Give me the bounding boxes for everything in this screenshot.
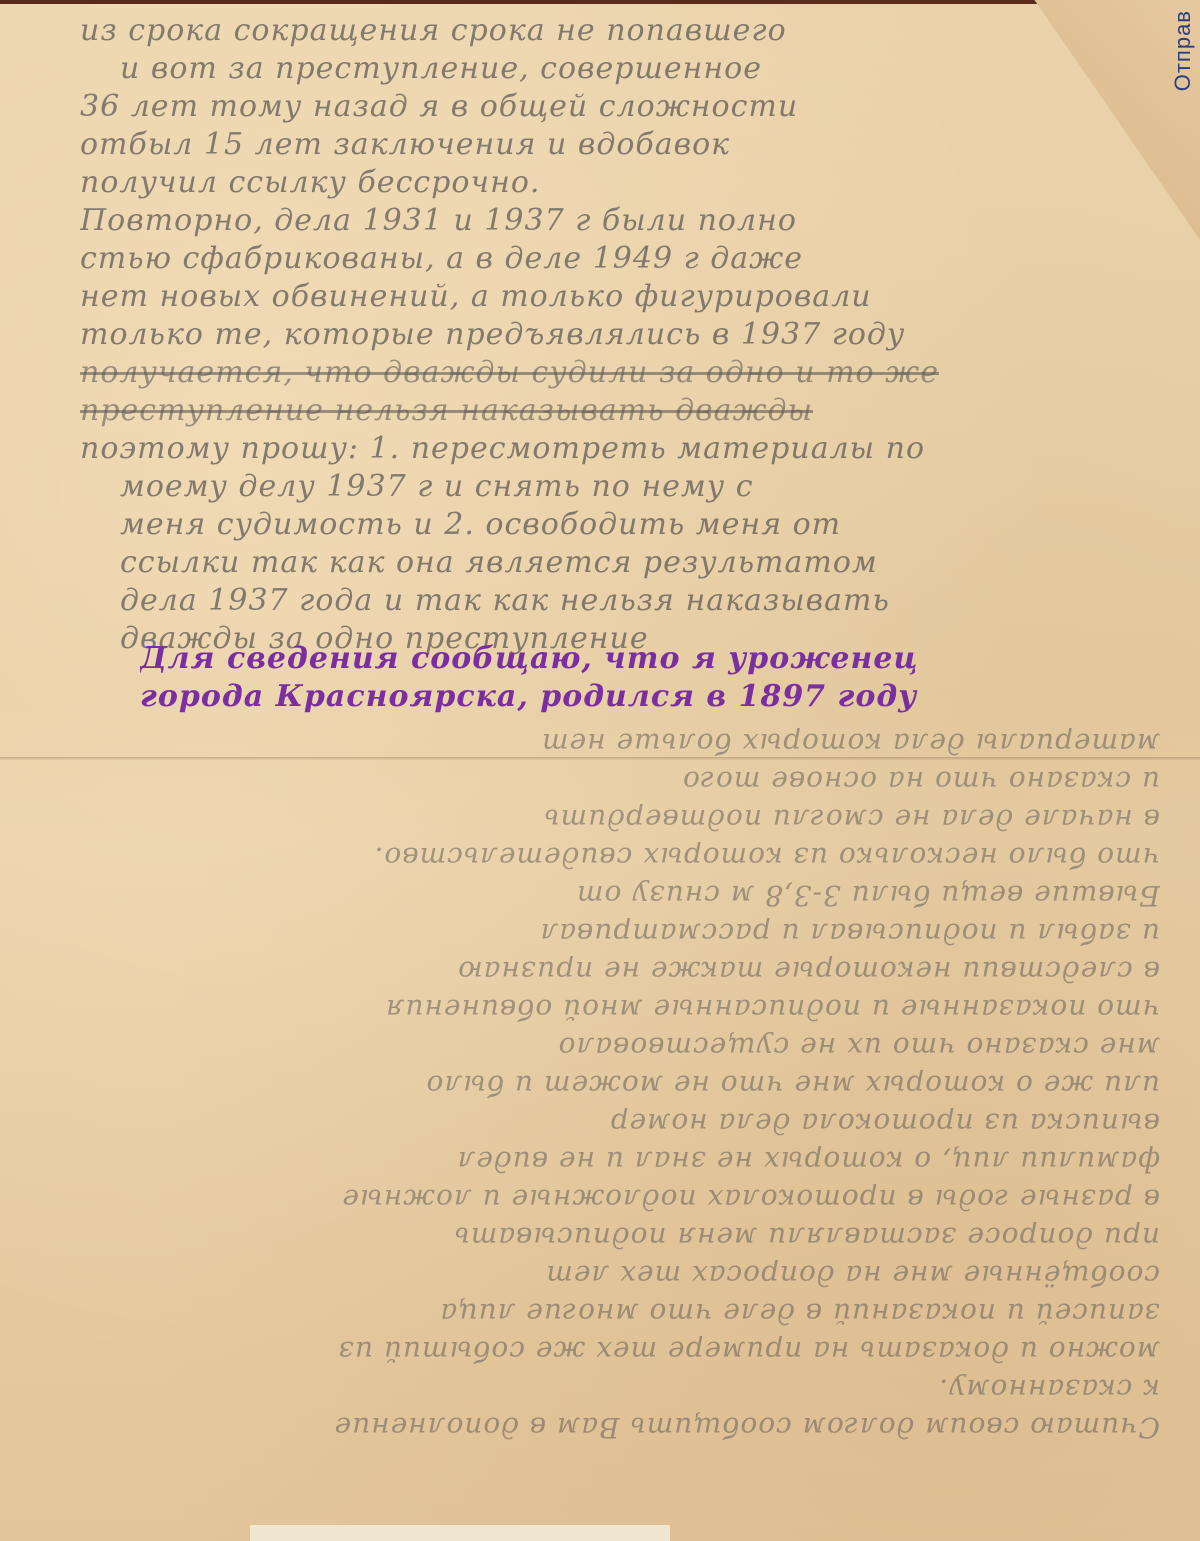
text-line: моему делу 1937 г и снять по нему с [80, 470, 1160, 508]
text-line: отбыл 15 лет заключения и вдобавок [80, 128, 1160, 166]
upside-text-line: что показанные и подписанные мной обвине… [40, 988, 1160, 1026]
upside-text-line: и забыл и подписывал и рассматривал [40, 912, 1160, 950]
ink-line: Для сведения сообщаю, что я уроженец [140, 642, 1200, 680]
text-line: нет новых обвинений, а только фигурирова… [80, 280, 1160, 318]
struck-text-line: преступление нельзя наказывать дважды [80, 394, 1160, 432]
upside-text-line: Считаю своим долгом сообщить Вам в допол… [40, 1406, 1160, 1444]
upside-text-line: в разные годы в протоколах подложные и л… [40, 1178, 1160, 1216]
handwritten-body: из срока сокращения срока не попавшего и… [80, 14, 1160, 660]
text-line: поэтому прошу: 1. пересмотреть материалы… [80, 432, 1160, 470]
upside-text-line: Бывшие вещи были 3-3,8 м снизу от [40, 874, 1160, 912]
printed-label: Отправ [1170, 10, 1196, 91]
page-top-edge [0, 0, 1200, 4]
struck-text-line: получается, что дважды судили за одно и … [80, 356, 1160, 394]
text-line: меня судимость и 2. освободить меня от [80, 508, 1160, 546]
upside-text-line: материалы дела которых больше нет [40, 722, 1160, 760]
upside-text-line: что было несколько из которых свидетельс… [40, 836, 1160, 874]
text-line: ссылки так как она является результатом [80, 546, 1160, 584]
upside-text-line: записей и показаний в деле что многие ли… [40, 1292, 1160, 1330]
upside-text-line: к сказанному. [40, 1368, 1160, 1406]
upside-text-line: фамилии лиц, о которых не знал и не виде… [40, 1140, 1160, 1178]
upside-text-line: можно и доказать на примере тех же событ… [40, 1330, 1160, 1368]
upside-down-text: Считаю своим долгом сообщить Вам в допол… [40, 722, 1160, 1444]
text-line: только те, которые предъявлялись в 1937 … [80, 318, 1160, 356]
text-line: и вот за преступление, совершенное [80, 52, 1160, 90]
document-page: Отправ из срока сокращения срока не попа… [0, 0, 1200, 1541]
upside-text-line: в начале дела не смогли подтвердить [40, 798, 1160, 836]
text-line: дела 1937 года и так как нельзя наказыва… [80, 584, 1160, 622]
upside-text-line: мне сказано что их не существовало [40, 1026, 1160, 1064]
text-line: из срока сокращения срока не попавшего [80, 14, 1160, 52]
upside-text-line: сообщённые мне на допросах тех лет [40, 1254, 1160, 1292]
ink-line: города Красноярска, родился в 1897 году [140, 680, 1200, 718]
paper-slip [250, 1525, 670, 1541]
ink-annotation: Для сведения сообщаю, что я уроженец гор… [140, 642, 1200, 718]
upside-text-line: выписка из протокола дела номер [40, 1102, 1160, 1140]
upside-text-line: и сказано что на основе того [40, 760, 1160, 798]
upside-text-line: в следствии некоторые также не признаю [40, 950, 1160, 988]
upside-text-line: или же о которых мне что не может и было [40, 1064, 1160, 1102]
text-line: стью сфабрикованы, а в деле 1949 г даже [80, 242, 1160, 280]
text-line: 36 лет тому назад я в общей сложности [80, 90, 1160, 128]
text-line: получил ссылку бессрочно. [80, 166, 1160, 204]
upside-text-line: при допросе заставляли меня подписывать [40, 1216, 1160, 1254]
text-line: Повторно, дела 1931 и 1937 г были полно [80, 204, 1160, 242]
